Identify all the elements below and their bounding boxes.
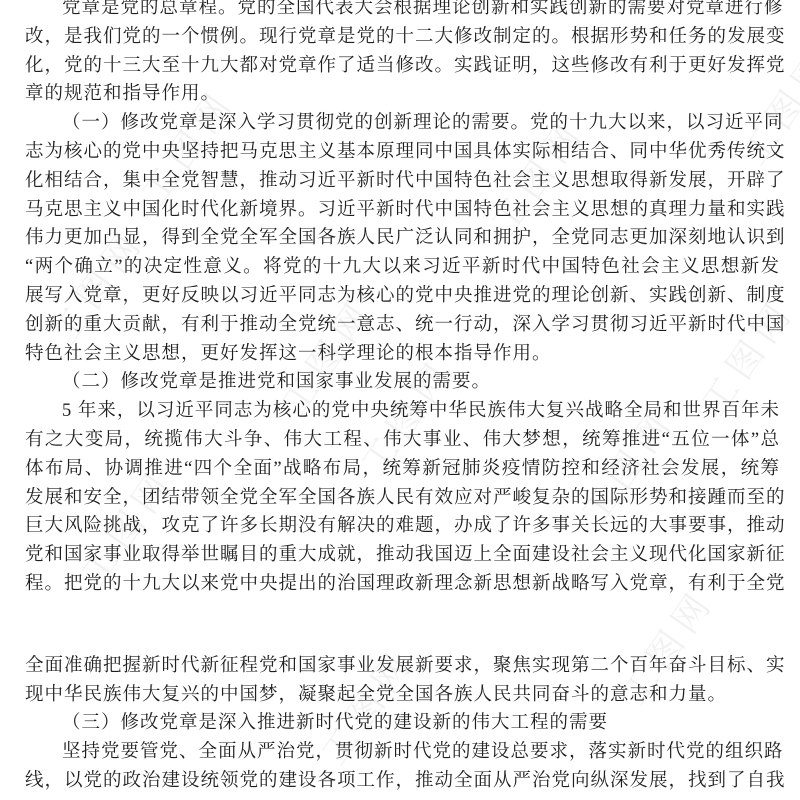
- text-line: 创新的重大贡献，有利于推动全党统一意志、统一行动，深入学习贯彻习近平新时代中国: [25, 311, 780, 340]
- text-line: 志为核心的党中央坚持把马克思主义基本原理同中国具体实际相结合、同中华优秀传统文: [25, 138, 780, 167]
- text-line: （二）修改党章是推进党和国家事业发展的需要。: [25, 368, 780, 397]
- document-page: 工图网工图网工图网工图网工图网工图网工图网工图网工图网工图网工图网 党章是党的总…: [0, 0, 800, 800]
- text-line: 特色社会主义思想，更好发挥这一科学理论的根本指导作用。: [25, 340, 780, 369]
- page-break-gap: [25, 599, 780, 652]
- text-line: （一）修改党章是深入学习贯彻党的创新理论的需要。党的十九大以来，以习近平同: [25, 109, 780, 138]
- text-line: 坚持党要管党、全面从严治党，贯彻新时代党的建设总要求，落实新时代党的组织路: [25, 738, 780, 767]
- text-line: 伟力更加凸显，得到全党全军全国各族人民广泛认同和拥护，全党同志更加深刻地认识到: [25, 224, 780, 253]
- text-line: 现中华民族伟大复兴的中国梦，凝聚起全党全国各族人民共同奋斗的意志和力量。: [25, 681, 780, 710]
- text-line: 化相结合，集中全党智慧，推动习近平新时代中国特色社会主义思想取得新发展，开辟了: [25, 167, 780, 196]
- text-line: 展写入党章，更好反映以习近平同志为核心的党中央推进党的理论创新、实践创新、制度: [25, 282, 780, 311]
- text-line: 巨大风险挑战，攻克了许多长期没有解决的难题，办成了许多事关长远的大事要事，推动: [25, 512, 780, 541]
- text-line: 化，党的十三大至十九大都对党章作了适当修改。实践证明，这些修改有利于更好发挥党: [25, 52, 780, 81]
- text-line: 党章是党的总章程。党的全国代表大会根据理论创新和实践创新的需要对党章进行修: [25, 0, 780, 23]
- text-line: “两个确立”的决定性意义。将党的十九大以来习近平新时代中国特色社会主义思想新发: [25, 253, 780, 282]
- text-line: 线，以党的政治建设统领党的建设各项工作，推动全面从严治党向纵深发展，找到了自我: [25, 767, 780, 796]
- text-line: 有之大变局，统揽伟大斗争、伟大工程、伟大事业、伟大梦想，统筹推进“五位一体”总: [25, 426, 780, 455]
- document-body: 党章是党的总章程。党的全国代表大会根据理论创新和实践创新的需要对党章进行修改，是…: [25, 0, 780, 796]
- text-line: 全面准确把握新时代新征程党和国家事业发展新要求，聚焦实现第二个百年奋斗目标、实: [25, 652, 780, 681]
- text-line: 体布局、协调推进“四个全面”战略布局，统筹新冠肺炎疫情防控和经济社会发展，统筹: [25, 455, 780, 484]
- text-line: 程。把党的十九大以来党中央提出的治国理政新理念新思想新战略写入党章，有利于全党: [25, 570, 780, 599]
- text-line: 5 年来，以习近平同志为核心的党中央统筹中华民族伟大复兴战略全局和世界百年未: [25, 397, 780, 426]
- text-line: 改，是我们党的一个惯例。现行党章是党的十二大修改制定的。根据形势和任务的发展变: [25, 23, 780, 52]
- text-line: 党和国家事业取得举世瞩目的重大成就，推动我国迈上全面建设社会主义现代化国家新征: [25, 541, 780, 570]
- text-line: 章的规范和指导作用。: [25, 80, 780, 109]
- text-line: 马克思主义中国化时代化新境界。习近平新时代中国特色社会主义思想的真理力量和实践: [25, 196, 780, 225]
- text-line: （三）修改党章是深入推进新时代党的建设新的伟大工程的需要: [25, 709, 780, 738]
- text-line: 发展和安全，团结带领全党全军全国各族人民有效应对严峻复杂的国际形势和接踵而至的: [25, 484, 780, 513]
